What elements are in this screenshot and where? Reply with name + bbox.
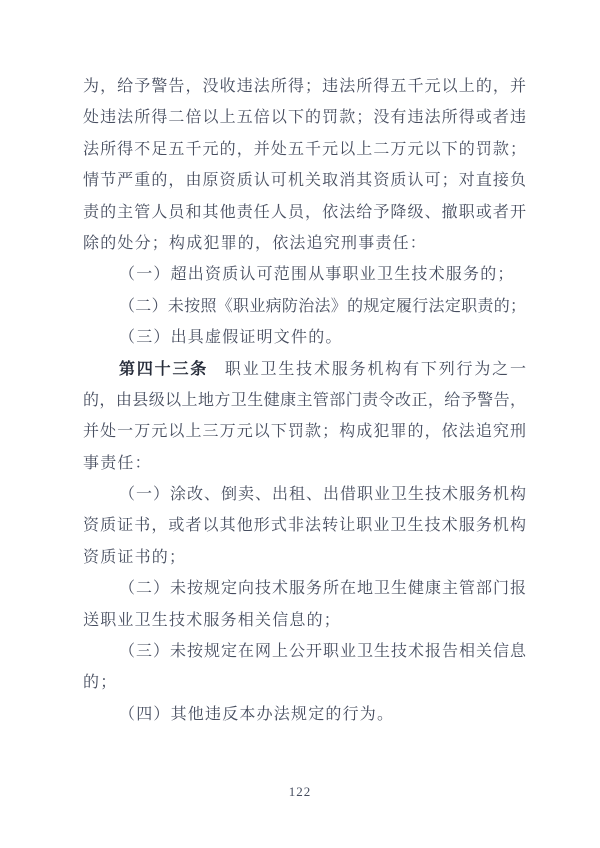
text-line: （二）未按规定向技术服务所在地卫生健康主管部门报 — [83, 573, 526, 604]
line-text: 责的主管人员和其他责任人员，依法给予降级、撤职或者开 — [83, 204, 526, 221]
text-line: 法所得不足五千元的，并处五千元以上二万元以下的罚款； — [83, 134, 526, 165]
line-text: 的，由县级以上地方卫生健康主管部门责令改正，给予警告， — [83, 392, 526, 409]
document-body: 为，给予警告，没收违法所得；违法所得五千元以上的，并处违法所得二倍以上五倍以下的… — [83, 71, 526, 730]
document-page: 为，给予警告，没收违法所得；违法所得五千元以上的，并处违法所得二倍以上五倍以下的… — [0, 0, 600, 848]
text-line: 资质证书，或者以其他形式非法转让职业卫生技术服务机构 — [83, 510, 526, 541]
text-line: 送职业卫生技术服务相关信息的； — [83, 605, 526, 636]
line-text: 法所得不足五千元的，并处五千元以上二万元以下的罚款； — [83, 141, 526, 158]
text-line: （二）未按照《职业病防治法》的规定履行法定职责的； — [83, 291, 526, 322]
line-text: （三）出具虚假证明文件的。 — [119, 329, 343, 346]
line-text: 送职业卫生技术服务相关信息的； — [83, 612, 341, 629]
page-number: 122 — [0, 784, 600, 800]
text-line: 情节严重的，由原资质认可机关取消其资质认可；对直接负 — [83, 165, 526, 196]
text-line: 责的主管人员和其他责任人员，依法给予降级、撤职或者开 — [83, 197, 526, 228]
text-line: 的，由县级以上地方卫生健康主管部门责令改正，给予警告， — [83, 385, 526, 416]
text-line: （四）其他违反本办法规定的行为。 — [83, 699, 526, 730]
line-text: 资质证书的； — [83, 549, 186, 566]
line-text: 情节严重的，由原资质认可机关取消其资质认可；对直接负 — [83, 172, 526, 189]
article-number: 第四十三条 — [119, 361, 208, 378]
line-text: 并处一万元以上三万元以下罚款；构成犯罪的，依法追究刑 — [83, 423, 526, 440]
line-text: （二）未按照《职业病防治法》的规定履行法定职责的； — [119, 298, 526, 315]
text-line: （三）未按规定在网上公开职业卫生技术报告相关信息 — [83, 636, 526, 667]
line-text: 处违法所得二倍以上五倍以下的罚款；没有违法所得或者违 — [83, 109, 526, 126]
line-text: （三）未按规定在网上公开职业卫生技术报告相关信息 — [119, 643, 526, 660]
line-text: （四）其他违反本办法规定的行为。 — [119, 706, 394, 723]
line-text: （二）未按规定向技术服务所在地卫生健康主管部门报 — [119, 580, 526, 597]
text-line: 第四十三条职业卫生技术服务机构有下列行为之一 — [83, 354, 526, 385]
text-line: （一）涂改、倒卖、出租、出借职业卫生技术服务机构 — [83, 479, 526, 510]
text-line: 为，给予警告，没收违法所得；违法所得五千元以上的，并 — [83, 71, 526, 102]
text-line: 处违法所得二倍以上五倍以下的罚款；没有违法所得或者违 — [83, 102, 526, 133]
text-line: 并处一万元以上三万元以下罚款；构成犯罪的，依法追究刑 — [83, 416, 526, 447]
text-line: （三）出具虚假证明文件的。 — [83, 322, 526, 353]
line-text: 除的处分；构成犯罪的，依法追究刑事责任： — [83, 235, 427, 252]
text-line: 事责任： — [83, 448, 526, 479]
text-line: 的； — [83, 667, 526, 698]
line-text: （一）超出资质认可范围从事职业卫生技术服务的； — [119, 266, 515, 283]
line-text: 为，给予警告，没收违法所得；违法所得五千元以上的，并 — [83, 78, 526, 95]
text-line: 除的处分；构成犯罪的，依法追究刑事责任： — [83, 228, 526, 259]
line-text: 事责任： — [83, 455, 152, 472]
line-text: 职业卫生技术服务机构有下列行为之一 — [223, 361, 526, 378]
text-line: 资质证书的； — [83, 542, 526, 573]
line-text: 的； — [83, 674, 117, 691]
line-text: 资质证书，或者以其他形式非法转让职业卫生技术服务机构 — [83, 517, 526, 534]
text-line: （一）超出资质认可范围从事职业卫生技术服务的； — [83, 259, 526, 290]
line-text: （一）涂改、倒卖、出租、出借职业卫生技术服务机构 — [119, 486, 526, 503]
